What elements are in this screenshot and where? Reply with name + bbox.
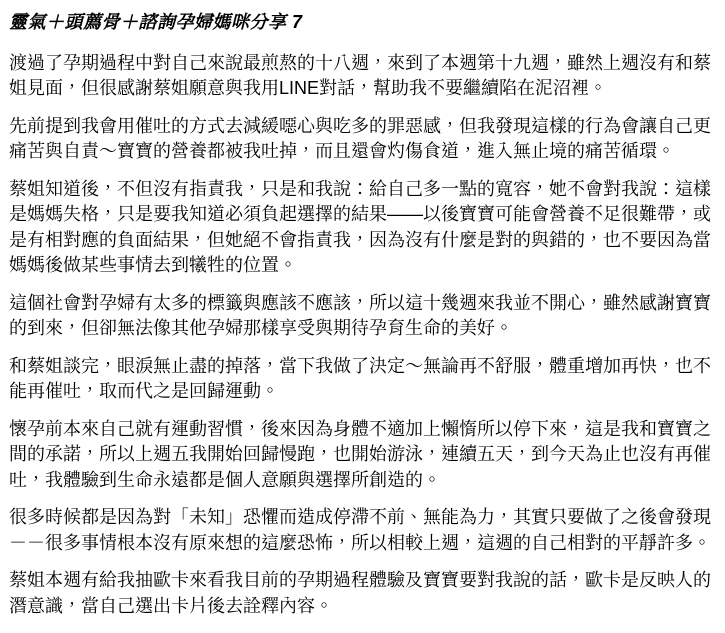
paragraph-counselor-response: 蔡姐知道後，不但沒有指責我，只是和我說：給自己多一點的寬容，她不會對我說：這樣是… [9, 177, 717, 279]
document-title: 靈氣＋頭薦骨＋諮詢孕婦媽咪分享 7 [9, 10, 717, 36]
paragraph-vomit-guilt: 先前提到我會用催吐的方式去減緩噁心與吃多的罪惡感，但我發現這樣的行為會讓自己更痛… [9, 114, 717, 165]
paragraph-exercise-return: 懷孕前本來自己就有運動習慣，後來因為身體不適加上懶惰所以停下來，這是我和寶寶之間… [9, 417, 717, 494]
paragraph-oh-cards: 蔡姐本週有給我抽歐卡來看我目前的孕期過程體驗及寶寶要對我說的話，歐卡是反映人的潛… [9, 568, 717, 619]
paragraph-intro-week19: 渡過了孕期過程中對自己來說最煎熬的十八週，來到了本週第十九週，雖然上週沒有和蔡姐… [9, 51, 717, 102]
paragraph-social-labels: 這個社會對孕婦有太多的標籤與應該不應該，所以這十幾週來我並不開心，雖然感謝寶寶的… [9, 291, 717, 342]
paragraph-fear-of-unknown: 很多時候都是因為對「未知」恐懼而造成停滯不前、無能為力，其實只要做了之後會發現－… [9, 505, 717, 556]
document-page: 靈氣＋頭薦骨＋諮詢孕婦媽咪分享 7 渡過了孕期過程中對自己來說最煎熬的十八週，來… [0, 0, 725, 633]
paragraph-decision: 和蔡姐談完，眼淚無止盡的掉落，當下我做了決定～無論再不舒服，體重增加再快，也不能… [9, 354, 717, 405]
